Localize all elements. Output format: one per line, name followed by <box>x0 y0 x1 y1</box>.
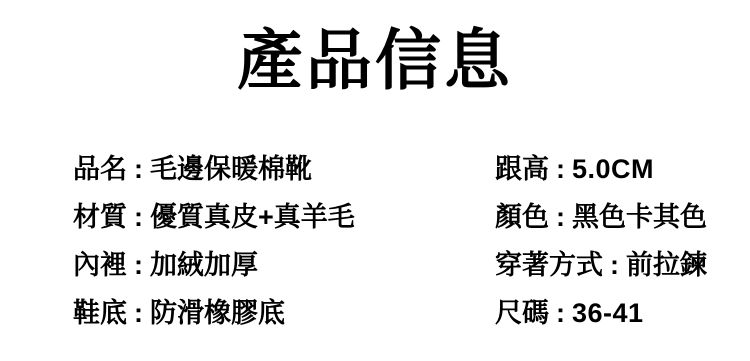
spec-colon: : <box>549 145 572 193</box>
spec-row-heel-height: 跟高:5.0CM <box>495 145 745 193</box>
spec-row-product-name: 品名:毛邊保暖棉靴 <box>73 145 453 193</box>
spec-row-sole: 鞋底:防滑橡膠底 <box>73 289 453 337</box>
spec-value: 黑色卡其色 <box>572 193 707 241</box>
spec-value: 優質真皮+真羊毛 <box>150 193 355 241</box>
page-title: 產品信息 <box>0 18 750 104</box>
spec-label: 顏色 <box>495 193 549 241</box>
spec-label: 尺碼 <box>495 289 549 337</box>
spec-label: 品名 <box>73 145 127 193</box>
spec-row-color: 顏色:黑色卡其色 <box>495 193 745 241</box>
spec-colon: : <box>603 241 626 289</box>
spec-value: 毛邊保暖棉靴 <box>150 145 312 193</box>
specs-column-right: 跟高:5.0CM 顏色:黑色卡其色 穿著方式:前拉鍊 尺碼:36-41 <box>495 145 745 337</box>
spec-row-size-range: 尺碼:36-41 <box>495 289 745 337</box>
spec-value: 5.0CM <box>572 145 654 193</box>
spec-label: 內裡 <box>73 241 127 289</box>
spec-colon: : <box>549 193 572 241</box>
spec-label: 材質 <box>73 193 127 241</box>
spec-colon: : <box>127 145 150 193</box>
spec-colon: : <box>549 289 572 337</box>
spec-colon: : <box>127 289 150 337</box>
spec-label: 穿著方式 <box>495 241 603 289</box>
product-info-page: 產品信息 品名:毛邊保暖棉靴 材質:優質真皮+真羊毛 內裡:加絨加厚 鞋底:防滑… <box>0 0 750 361</box>
spec-value: 前拉鍊 <box>626 241 707 289</box>
specs-column-left: 品名:毛邊保暖棉靴 材質:優質真皮+真羊毛 內裡:加絨加厚 鞋底:防滑橡膠底 <box>73 145 453 337</box>
spec-label: 跟高 <box>495 145 549 193</box>
spec-value: 加絨加厚 <box>150 241 258 289</box>
spec-value: 36-41 <box>572 289 644 337</box>
spec-label: 鞋底 <box>73 289 127 337</box>
spec-row-material: 材質:優質真皮+真羊毛 <box>73 193 453 241</box>
spec-row-lining: 內裡:加絨加厚 <box>73 241 453 289</box>
spec-colon: : <box>127 241 150 289</box>
spec-row-wearing-style: 穿著方式:前拉鍊 <box>495 241 745 289</box>
spec-colon: : <box>127 193 150 241</box>
spec-value: 防滑橡膠底 <box>150 289 285 337</box>
